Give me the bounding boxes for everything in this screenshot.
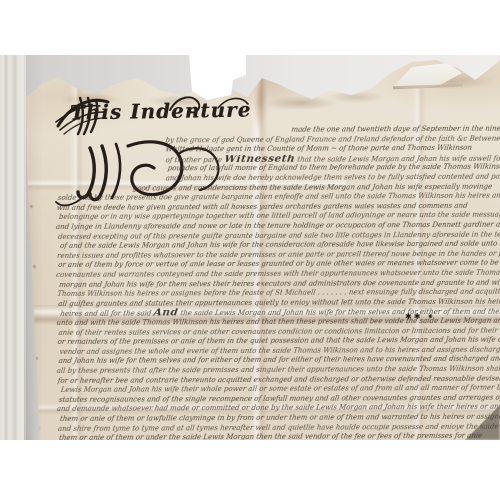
window-molding [0, 55, 26, 440]
parchment-sheet: This Indenture made the one and twentiet… [0, 55, 500, 440]
page-background: This Indenture made the one and twentiet… [0, 0, 500, 500]
manuscript-lines: made the one and twentieth daye of Septe… [0, 55, 500, 440]
manuscript-line: Whitted Holgate gent in the Countie of M… [165, 144, 473, 155]
molding-shadow [24, 55, 42, 440]
framed-document-photo: This Indenture made the one and twentiet… [0, 55, 500, 440]
engrossed-word: And [153, 307, 179, 319]
ink-blot-marks: ✱✱ ⁕ [405, 312, 436, 321]
manuscript-line: and Johan his wife doe hereby acknowledg… [165, 173, 500, 184]
manuscript-line: made the one and twentieth daye of Septe… [291, 124, 500, 134]
manuscript-line: them or anie of them or under the saide … [58, 432, 482, 440]
